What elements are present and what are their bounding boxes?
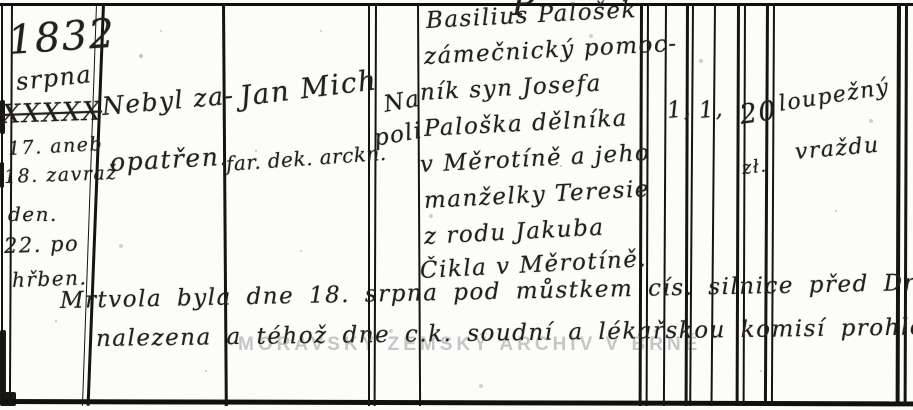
entry-year: 1832 [6, 11, 117, 64]
priest-title: far. dek. arckn. [225, 141, 387, 176]
table-vline [743, 4, 746, 406]
deceased-line: Paloška dělníka [423, 105, 628, 142]
priest-name: Jan Mich [238, 63, 379, 113]
scan-noise [0, 0, 2, 2]
date-line: 22. po [4, 231, 80, 258]
cause-line: loupežný [777, 75, 891, 117]
amount-value: 20 [738, 95, 779, 131]
date-line: 17. aneb [7, 133, 103, 160]
table-vline [771, 4, 775, 406]
table-vline [904, 4, 908, 406]
deceased-line: z rodu Jakuba [423, 215, 605, 250]
date-line: 18. zavraž [4, 162, 118, 188]
deceased-line: ník syn Josefa [419, 70, 602, 105]
table-vline [1, 4, 3, 406]
date-line: den. [8, 202, 58, 226]
deceased-line: v Měrotíně a jeho [419, 140, 651, 178]
cause-line: vraždu [794, 133, 881, 165]
register-page-scan: MORAVSKÝ ZEMSKÝ ARCHIV V BRNĚ 1832 srpna… [0, 0, 913, 410]
table-vline [710, 4, 716, 406]
place-line: Na [382, 86, 423, 118]
table-vline [736, 4, 740, 406]
archive-watermark: MORAVSKÝ ZEMSKÝ ARCHIV V BRNĚ [238, 334, 701, 356]
tally-mark: 1, [698, 96, 725, 124]
struck-out-text: XXXXX [1, 97, 102, 130]
table-vline [764, 4, 769, 406]
tally-mark: 1, [666, 96, 693, 124]
deceased-line: manželky Teresie [423, 176, 650, 214]
table-bottom-rule [0, 399, 913, 406]
provision-line: opatřen. [109, 142, 229, 177]
amount-unit: zł. [741, 155, 769, 179]
table-vline [896, 4, 901, 406]
entry-month: srpna [15, 60, 94, 96]
provision-line: Nebyl za- [101, 80, 236, 120]
